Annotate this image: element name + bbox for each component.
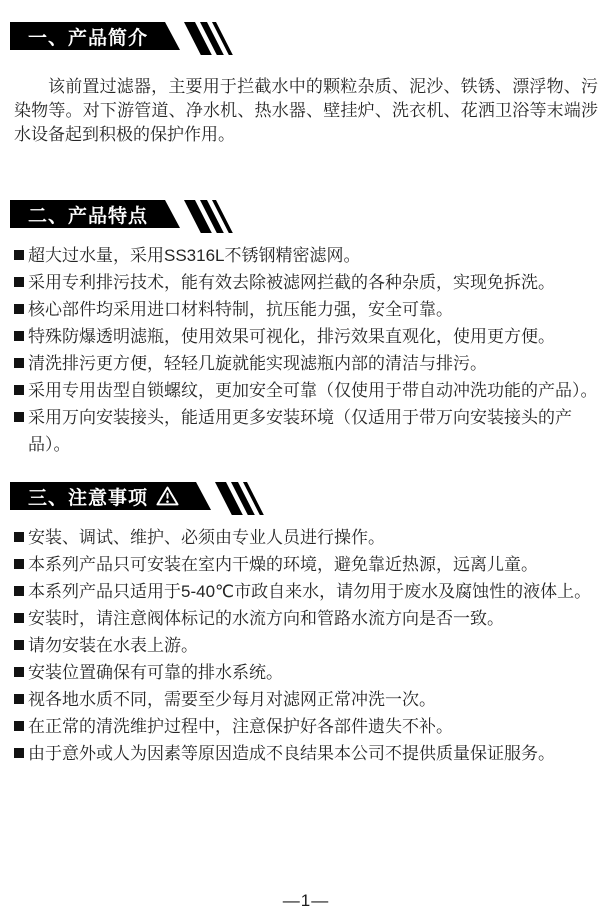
notice-item-text: 安装位置确保有可靠的排水系统。 — [28, 659, 283, 686]
diagonal-stripes-icon — [184, 22, 216, 55]
square-bullet-icon — [14, 721, 24, 731]
notice-list-item: 安装时，请注意阀体标记的水流方向和管路水流方向是否一致。 — [14, 605, 598, 632]
feature-list-item: 采用万向安装接头，能适用更多安装环境（仅适用于带万向安装接头的产品）。 — [14, 404, 598, 458]
notice-item-text: 安装时，请注意阀体标记的水流方向和管路水流方向是否一致。 — [28, 605, 504, 632]
square-bullet-icon — [14, 358, 24, 368]
page-number: —1— — [0, 891, 612, 911]
square-bullet-icon — [14, 532, 24, 542]
section-1-ribbon: 一、产品简介 — [10, 22, 180, 50]
square-bullet-icon — [14, 559, 24, 569]
notice-list-item: 视各地水质不同，需要至少每月对滤网正常冲洗一次。 — [14, 686, 598, 713]
square-bullet-icon — [14, 748, 24, 758]
square-bullet-icon — [14, 331, 24, 341]
square-bullet-icon — [14, 694, 24, 704]
feature-item-text: 采用万向安装接头，能适用更多安装环境（仅适用于带万向安装接头的产品）。 — [28, 404, 598, 458]
square-bullet-icon — [14, 667, 24, 677]
notice-list-item: 安装位置确保有可靠的排水系统。 — [14, 659, 598, 686]
feature-list-item: 核心部件均采用进口材料特制，抗压能力强，安全可靠。 — [14, 296, 598, 323]
manual-page: 一、产品简介 该前置过滤器，主要用于拦截水中的颗粒杂质、泥沙、铁锈、漂浮物、污染… — [0, 0, 612, 923]
square-bullet-icon — [14, 412, 24, 422]
notice-item-text: 本系列产品只适用于5-40℃市政自来水，请勿用于废水及腐蚀性的液体上。 — [28, 578, 591, 605]
notice-list-item: 由于意外或人为因素等原因造成不良结果本公司不提供质量保证服务。 — [14, 740, 598, 767]
section-3-title: 三、注意事项 — [28, 483, 148, 510]
section-1-title: 一、产品简介 — [28, 23, 148, 50]
diagonal-stripes-icon — [184, 200, 216, 233]
feature-item-text: 清洗排污更方便，轻轻几旋就能实现滤瓶内部的清洁与排污。 — [28, 350, 487, 377]
section-2-banner: 二、产品特点 — [10, 200, 612, 233]
notice-item-text: 在正常的清洗维护过程中，注意保护好各部件遗失不补。 — [28, 713, 453, 740]
square-bullet-icon — [14, 640, 24, 650]
square-bullet-icon — [14, 277, 24, 287]
notice-list-item: 本系列产品只适用于5-40℃市政自来水，请勿用于废水及腐蚀性的液体上。 — [14, 578, 598, 605]
section-3-banner: 三、注意事项 — [10, 482, 612, 515]
feature-item-text: 特殊防爆透明滤瓶，使用效果可视化，排污效果直观化，使用更方便。 — [28, 323, 555, 350]
square-bullet-icon — [14, 586, 24, 596]
section-2-ribbon: 二、产品特点 — [10, 200, 180, 228]
intro-paragraph: 该前置过滤器，主要用于拦截水中的颗粒杂质、泥沙、铁锈、漂浮物、污染物等。对下游管… — [14, 75, 598, 147]
notice-list-item: 请勿安装在水表上游。 — [14, 632, 598, 659]
feature-item-text: 核心部件均采用进口材料特制，抗压能力强，安全可靠。 — [28, 296, 453, 323]
notice-item-text: 由于意外或人为因素等原因造成不良结果本公司不提供质量保证服务。 — [28, 740, 555, 767]
feature-item-text: 超大过水量，采用SS316L不锈钢精密滤网。 — [28, 242, 361, 269]
square-bullet-icon — [14, 250, 24, 260]
feature-list-item: 超大过水量，采用SS316L不锈钢精密滤网。 — [14, 242, 598, 269]
square-bullet-icon — [14, 613, 24, 623]
notice-list-item: 安装、调试、维护、必须由专业人员进行操作。 — [14, 524, 598, 551]
notice-item-text: 请勿安装在水表上游。 — [28, 632, 198, 659]
section-2-title: 二、产品特点 — [28, 201, 148, 228]
notice-item-text: 本系列产品只可安装在室内干燥的环境，避免靠近热源，远离儿童。 — [28, 551, 538, 578]
notice-list-item: 本系列产品只可安装在室内干燥的环境，避免靠近热源，远离儿童。 — [14, 551, 598, 578]
feature-item-text: 采用专利排污技术，能有效去除被滤网拦截的各种杂质，实现免拆洗。 — [28, 269, 555, 296]
warning-triangle-icon — [156, 486, 179, 506]
feature-list-item: 采用专利排污技术，能有效去除被滤网拦截的各种杂质，实现免拆洗。 — [14, 269, 598, 296]
section-1-banner: 一、产品简介 — [10, 22, 612, 55]
notice-list-item: 在正常的清洗维护过程中，注意保护好各部件遗失不补。 — [14, 713, 598, 740]
notice-item-text: 视各地水质不同，需要至少每月对滤网正常冲洗一次。 — [28, 686, 436, 713]
diagonal-stripes-icon — [215, 482, 247, 515]
feature-list-item: 特殊防爆透明滤瓶，使用效果可视化，排污效果直观化，使用更方便。 — [14, 323, 598, 350]
square-bullet-icon — [14, 304, 24, 314]
feature-list-item: 采用专用齿型自锁螺纹，更加安全可靠（仅使用于带自动冲洗功能的产品）。 — [14, 377, 598, 404]
section-3-ribbon: 三、注意事项 — [10, 482, 211, 510]
feature-list-item: 清洗排污更方便，轻轻几旋就能实现滤瓶内部的清洁与排污。 — [14, 350, 598, 377]
notice-list: 安装、调试、维护、必须由专业人员进行操作。 本系列产品只可安装在室内干燥的环境，… — [0, 524, 612, 767]
feature-item-text: 采用专用齿型自锁螺纹，更加安全可靠（仅使用于带自动冲洗功能的产品）。 — [28, 377, 598, 404]
feature-list: 超大过水量，采用SS316L不锈钢精密滤网。 采用专利排污技术，能有效去除被滤网… — [0, 242, 612, 458]
notice-item-text: 安装、调试、维护、必须由专业人员进行操作。 — [28, 524, 385, 551]
square-bullet-icon — [14, 385, 24, 395]
